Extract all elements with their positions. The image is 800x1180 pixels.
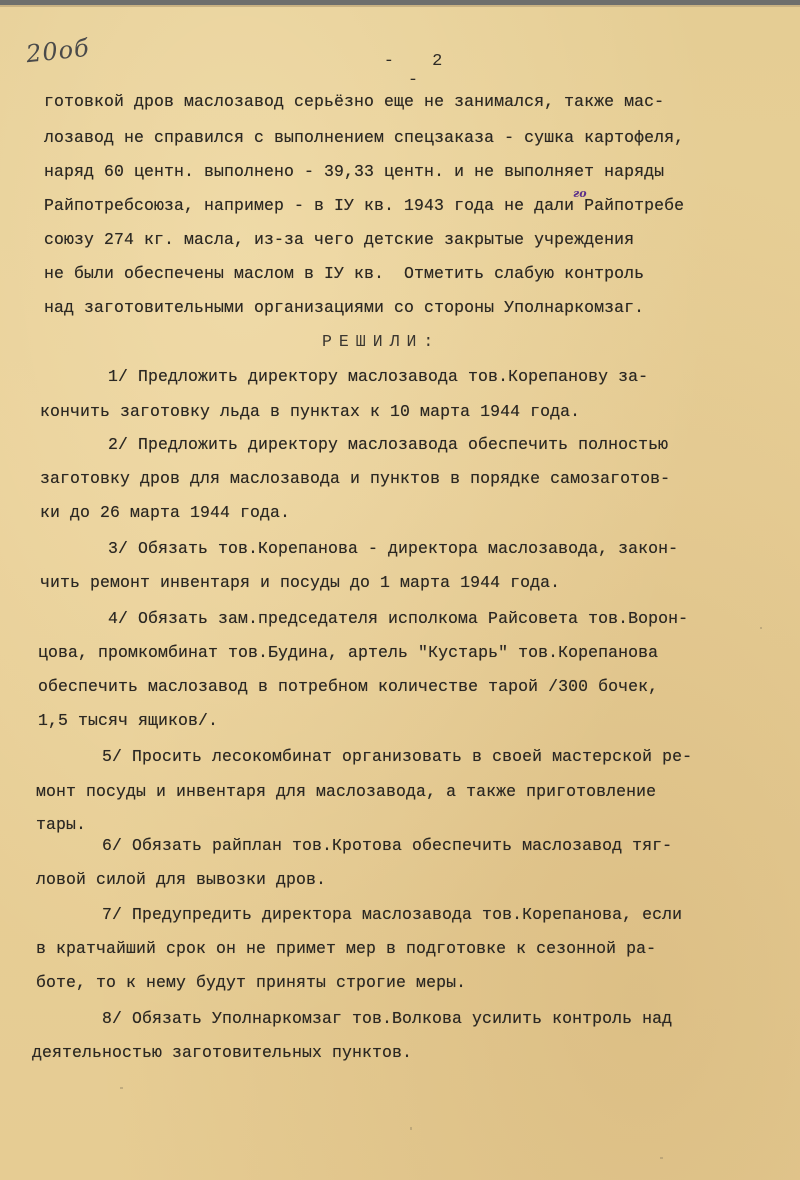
page-number: - 2 - [360,52,480,90]
text-line: готовкой дров маслозавод серьёзно еще не… [44,92,664,111]
paper-speck [120,1087,123,1089]
resolution-line: 3/ Обязать тов.Корепанова - директора ма… [108,539,678,558]
paper-speck [760,627,762,629]
resolution-line: кончить заготовку льда в пунктах к 10 ма… [40,402,580,421]
resolution-line: ловой силой для вывозки дров. [36,870,326,889]
resolution-line: 5/ Просить лесокомбинат организовать в с… [102,747,692,766]
folio-mark: 20об [25,34,91,68]
resolution-line: монт посуды и инвентаря для маслозавода,… [36,782,656,801]
text-line: не были обеспечены маслом в IУ кв. Отмет… [44,264,644,283]
resolution-line: 7/ Предупредить директора маслозавода то… [102,905,682,924]
document-page: 20об - 2 - го готовкой дров маслозавод с… [0,5,800,1178]
resolution-line: цова, промкомбинат тов.Будина, артель "К… [38,643,658,662]
resolution-line: 2/ Предложить директору маслозавода обес… [108,435,668,454]
resolution-line: в кратчайший срок он не примет мер в под… [36,939,656,958]
resolution-line: 1/ Предложить директору маслозавода тов.… [108,367,648,386]
resolution-line: чить ремонт инвентаря и посуды до 1 март… [40,573,560,592]
resolution-line: обеспечить маслозавод в потребном количе… [38,677,658,696]
resolution-line: деятельностью заготовительных пунктов. [32,1043,412,1062]
text-line: над заготовительными организациями со ст… [44,298,644,317]
text-line: лозавод не справился с выполнением спецз… [44,128,684,147]
text-line: Райпотребсоюза, например - в IУ кв. 1943… [44,196,684,215]
resolution-line: тары. [36,815,86,834]
resolution-line: 8/ Обязать Уполнаркомзаг тов.Волкова уси… [102,1009,672,1028]
resolution-line: ки до 26 марта 1944 года. [40,503,290,522]
resolution-line: 1,5 тысяч ящиков/. [38,711,218,730]
resolution-line: заготовку дров для маслозавода и пунктов… [40,469,670,488]
resolution-heading: РЕШИЛИ: [322,332,440,351]
resolution-line: боте, то к нему будут приняты строгие ме… [36,973,466,992]
resolution-line: 4/ Обязать зам.председателя исполкома Ра… [108,609,688,628]
text-line: наряд 60 центн. выполнено - 39,33 центн.… [44,162,664,181]
paper-speck [410,1127,412,1130]
text-line: союзу 274 кг. масла, из-за чего детские … [44,230,634,249]
paper-speck [660,1157,663,1159]
resolution-line: 6/ Обязать райплан тов.Кротова обеспечит… [102,836,672,855]
